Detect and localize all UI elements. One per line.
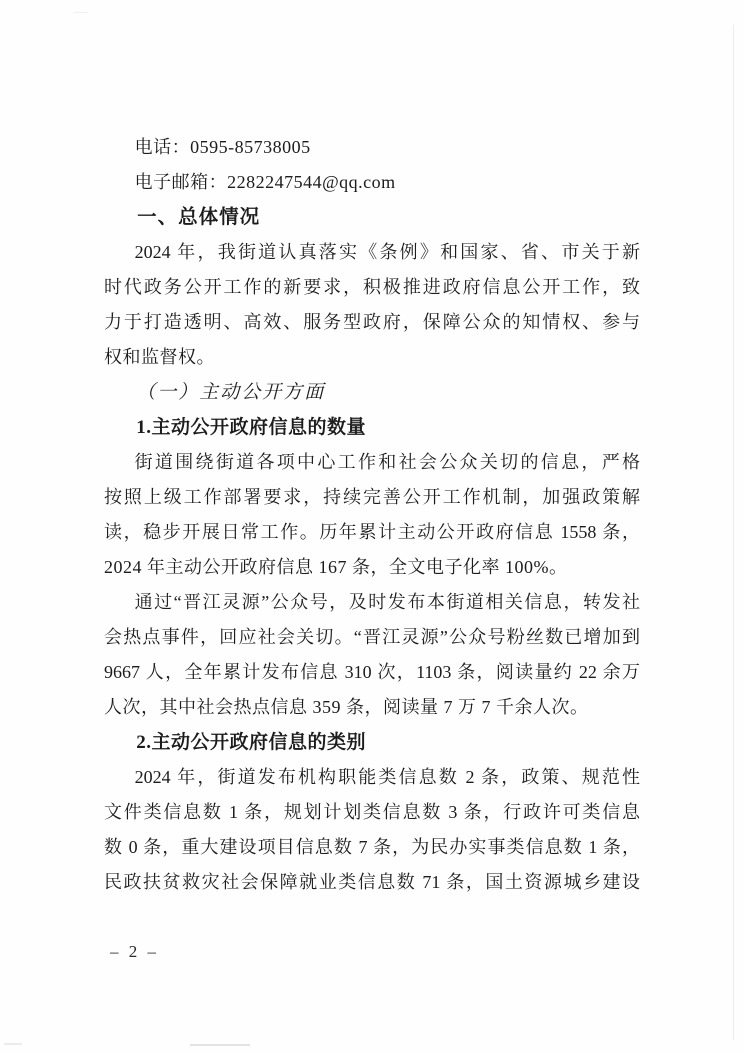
paragraph-line: 9667 人，全年累计发布信息 310 次，1103 条，阅读量约 22 余万	[104, 655, 640, 690]
scan-artifact-bottom	[190, 1044, 250, 1046]
paragraph-line: 力于打造透明、高效、服务型政府，保障公众的知情权、参与	[104, 305, 640, 340]
paragraph-line: 民政扶贫救灾社会保障就业类信息数 71 条，国土资源城乡建设	[104, 865, 640, 900]
paragraph-line: 文件类信息数 1 条，规划计划类信息数 3 条，行政许可类信息	[104, 795, 640, 830]
paragraph-line: 数 0 条，重大建设项目信息数 7 条，为民办实事类信息数 1 条，	[104, 830, 640, 865]
page-number: – 2 –	[110, 942, 159, 962]
scan-artifact-top	[74, 12, 88, 13]
item-heading-quantity: 1.主动公开政府信息的数量	[104, 410, 640, 445]
section-heading-overview: 一、总体情况	[104, 200, 640, 235]
paragraph-line: 时代政务公开工作的新要求，积极推进政府信息公开工作，致	[104, 270, 640, 305]
phone-line: 电话：0595-85738005	[104, 130, 640, 165]
paragraph-line: 2024 年，我街道认真落实《条例》和国家、省、市关于新	[104, 235, 640, 270]
document-body: 电话：0595-85738005电子邮箱：2282247544@qq.com一、…	[104, 130, 640, 900]
paragraph-line: 按照上级工作部署要求，持续完善公开工作机制，加强政策解	[104, 480, 640, 515]
paragraph-line: 2024 年，街道发布机构职能类信息数 2 条，政策、规范性	[104, 760, 640, 795]
email-line: 电子邮箱：2282247544@qq.com	[104, 165, 640, 200]
paragraph-line: 会热点事件，回应社会关切。“晋江灵源”公众号粉丝数已增加到	[104, 620, 640, 655]
scan-artifact-vertical-line	[733, 25, 734, 1040]
paragraph-line: 读，稳步开展日常工作。历年累计主动公开政府信息 1558 条，	[104, 515, 640, 550]
paragraph-line: 街道围绕街道各项中心工作和社会公众关切的信息，严格	[104, 445, 640, 480]
document-page: 电话：0595-85738005电子邮箱：2282247544@qq.com一、…	[0, 0, 744, 1053]
scan-artifact-bottom-left	[4, 1043, 22, 1045]
item-heading-category: 2.主动公开政府信息的类别	[104, 725, 640, 760]
paragraph-line: 2024 年主动公开政府信息 167 条，全文电子化率 100%。	[104, 550, 640, 585]
paragraph-line: 人次，其中社会热点信息 359 条，阅读量 7 万 7 千余人次。	[104, 690, 640, 725]
paragraph-line: 权和监督权。	[104, 340, 640, 375]
paragraph-line: 通过“晋江灵源”公众号，及时发布本街道相关信息，转发社	[104, 585, 640, 620]
subsection-heading-proactive-disclosure: （一）主动公开方面	[104, 375, 640, 410]
